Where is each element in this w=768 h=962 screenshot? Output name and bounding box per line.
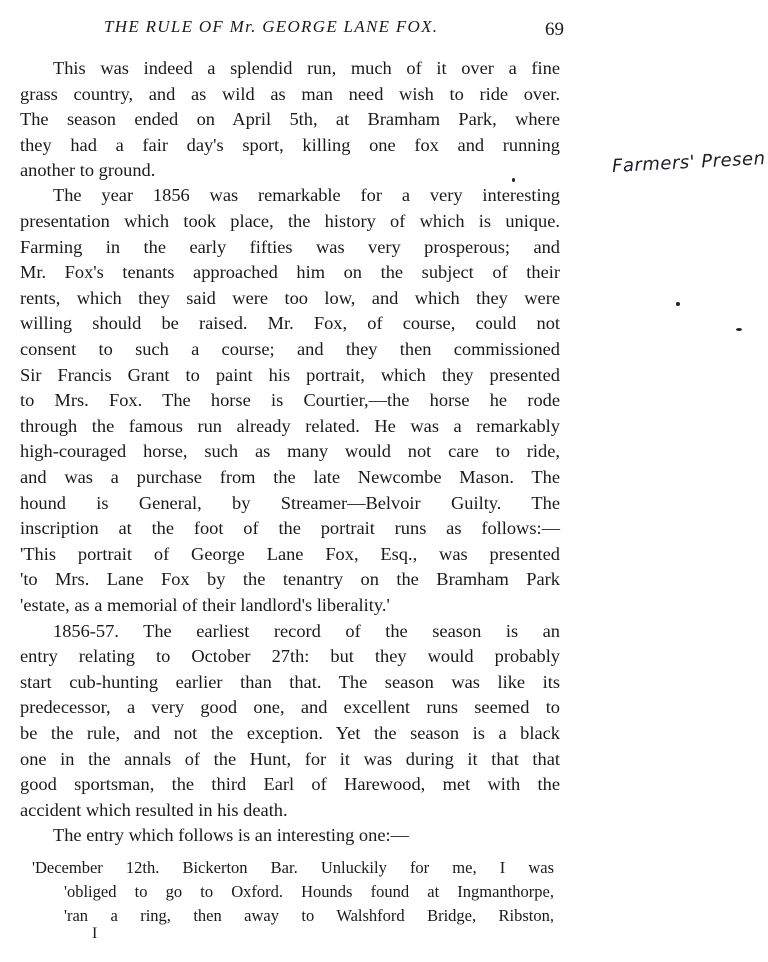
signature-mark: I bbox=[92, 925, 97, 943]
text-line: willing should be raised. Mr. Fox, of co… bbox=[20, 311, 560, 336]
text-line: Sir Francis Grant to paint his portrait,… bbox=[20, 363, 560, 388]
text-line: rents, which they said were too low, and… bbox=[20, 286, 560, 311]
text-line: Mr. Fox's tenants approached him on the … bbox=[20, 260, 560, 285]
text-line: This was indeed a splendid run, much of … bbox=[53, 56, 560, 81]
text-line: good sportsman, the third Earl of Harewo… bbox=[20, 772, 560, 797]
text-line: they had a fair day's sport, killing one… bbox=[20, 133, 560, 158]
text-line: inscription at the foot of the portrait … bbox=[20, 516, 560, 541]
handwritten-margin-note: Farmers' Presen bbox=[612, 148, 766, 177]
text-line: 'estate, as a memorial of their landlord… bbox=[20, 593, 560, 618]
text-line: 1856-57. The earliest record of the seas… bbox=[53, 619, 560, 644]
text-line: The year 1856 was remarkable for a very … bbox=[53, 183, 560, 208]
text-line: Farming in the early fifties was very pr… bbox=[20, 235, 560, 260]
quote-line: 'December 12th. Bickerton Bar. Unluckily… bbox=[32, 855, 554, 880]
text-line: through the famous run already related. … bbox=[20, 414, 560, 439]
text-line: to Mrs. Fox. The horse is Courtier,—the … bbox=[20, 388, 560, 413]
text-line: and was a purchase from the late Newcomb… bbox=[20, 465, 560, 490]
text-line: another to ground. bbox=[20, 158, 560, 183]
text-line: start cub-hunting earlier than that. The… bbox=[20, 670, 560, 695]
text-line: grass country, and as wild as man need w… bbox=[20, 82, 560, 107]
text-line: The entry which follows is an interestin… bbox=[53, 823, 560, 848]
text-line: predecessor, a very good one, and excell… bbox=[20, 695, 560, 720]
quote-line: 'ran a ring, then away to Walshford Brid… bbox=[64, 903, 554, 928]
text-line: consent to such a course; and they then … bbox=[20, 337, 560, 362]
text-line: The season ended on April 5th, at Bramha… bbox=[20, 107, 560, 132]
page-header: THE RULE OF Mr. GEORGE LANE FOX. 69 bbox=[104, 17, 564, 43]
running-title: THE RULE OF Mr. GEORGE LANE FOX. bbox=[104, 17, 438, 37]
text-line: one in the annals of the Hunt, for it wa… bbox=[20, 747, 560, 772]
text-line: presentation which took place, the histo… bbox=[20, 209, 560, 234]
text-line: accident which resulted in his death. bbox=[20, 798, 560, 823]
ink-speck bbox=[736, 328, 742, 331]
ink-speck bbox=[676, 302, 680, 306]
text-line: 'to Mrs. Lane Fox by the tenantry on the… bbox=[20, 567, 560, 592]
text-line: be the rule, and not the exception. Yet … bbox=[20, 721, 560, 746]
text-line: high-couraged horse, such as many would … bbox=[20, 439, 560, 464]
text-line: hound is General, by Streamer—Belvoir Gu… bbox=[20, 491, 560, 516]
quote-line: 'obliged to go to Oxford. Hounds found a… bbox=[64, 879, 554, 904]
page-number: 69 bbox=[545, 19, 564, 41]
text-line: 'This portrait of George Lane Fox, Esq.,… bbox=[20, 542, 560, 567]
text-line: entry relating to October 27th: but they… bbox=[20, 644, 560, 669]
